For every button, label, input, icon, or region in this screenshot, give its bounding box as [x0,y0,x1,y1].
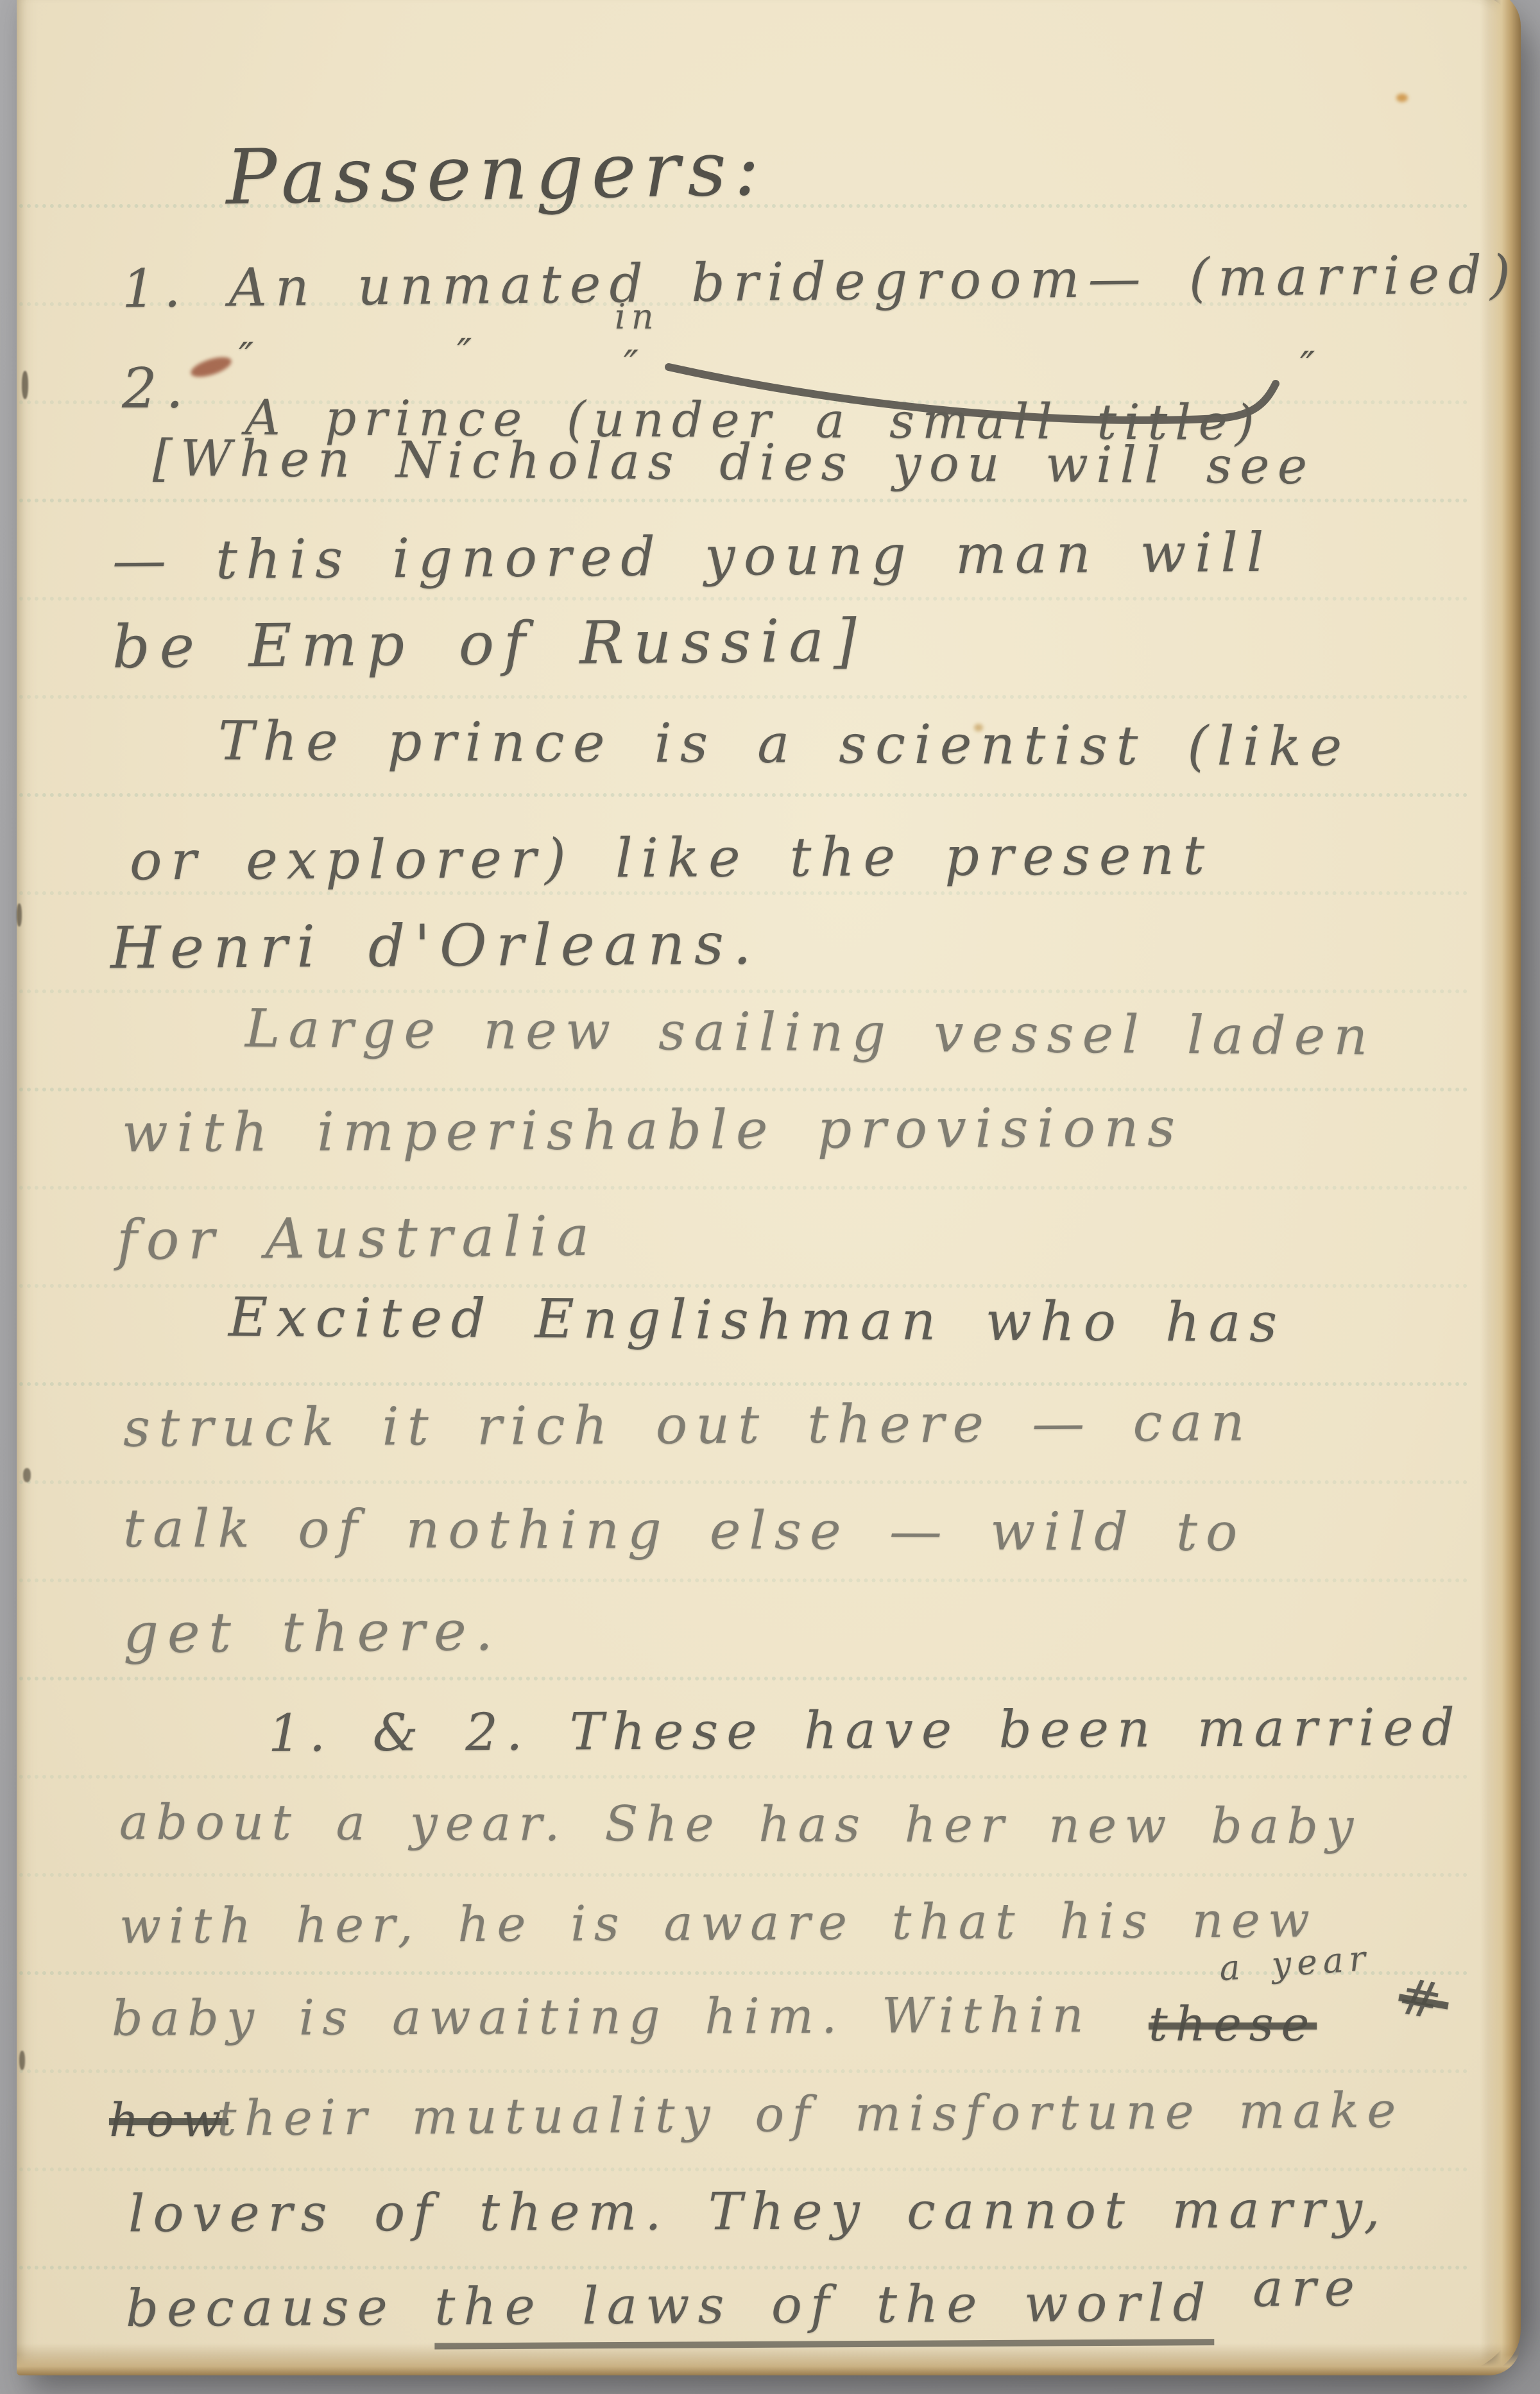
handwritten-line: be Emp of Russia] [112,606,866,681]
handwritten-line: 2. [122,357,193,421]
handwritten-line: 1. & 2. These have been married [268,1697,1463,1763]
handwritten-line: or explorer) like the present [130,824,1213,893]
paper-speck [22,371,28,399]
paper-speck [19,2051,25,2070]
handwritten-line: baby is awaiting him. Within [112,1986,1091,2046]
handwritten-line: get there. [123,1599,502,1666]
ditto-mark: ″ [1300,343,1321,389]
ruled-line [19,1382,1468,1386]
ruled-line [19,597,1468,601]
ruled-line [19,891,1468,895]
last-line-pre: because [126,2277,435,2339]
handwritten-line: because the laws of the world are [126,2272,1363,2338]
ditto-mark: ″ [457,330,478,377]
handwritten-line: struck it rich out there — can [123,1392,1253,1458]
handwritten-line: their mutuality of misfortune make [217,2082,1404,2147]
handwritten-line: — this ignored young man will [112,521,1273,592]
ruled-line [19,1186,1468,1190]
insertion-word-in: in [615,296,659,337]
paper-speck [23,1468,31,1482]
insertion-caret: ″ [624,341,645,388]
underlined-phrase: the laws of the world [434,2273,1214,2349]
ruled-line [19,2167,1468,2171]
stain-orange [1396,94,1408,102]
scanned-notebook-photo: { "document": { "kind": "handwritten pen… [0,0,1540,2394]
ruled-line [19,499,1468,502]
ruled-line [19,2069,1468,2073]
handwritten-line: for Australia [117,1204,599,1273]
ruled-line [19,989,1468,993]
handwritten-line: The prince is a scientist (like [218,709,1351,778]
struck-out-mark: # [1394,1967,1453,2033]
struck-out-word: how [109,2093,228,2147]
ditto-mark: ″ [239,334,260,380]
handwritten-line: Henri d'Orleans. [110,910,761,982]
handwritten-line: Large new sailing vessel laden [245,998,1376,1067]
ruled-line [19,695,1468,699]
last-line-post: are [1213,2258,1363,2318]
handwritten-line: [When Nicholas dies you will see [153,430,1315,496]
ruled-line [19,1873,1468,1877]
ruled-line [19,1578,1468,1582]
paper-speck [17,903,22,927]
handwritten-line: with her, he is aware that his new [119,1891,1318,1954]
ruled-line [19,1480,1468,1484]
ruled-line [19,1088,1468,1091]
handwritten-line: talk of nothing else — wild to [123,1498,1246,1563]
ruled-line [19,1677,1468,1680]
handwritten-line: lovers of them. They cannot marry, [128,2180,1389,2244]
ruled-line [19,793,1468,797]
struck-out-word: these [1149,1997,1317,2052]
ruled-line [19,1775,1468,1779]
handwritten-line: about a year. She has her new baby [119,1793,1362,1855]
handwritten-line: with imperishable provisions [122,1096,1184,1165]
page-heading: Passengers: [225,124,768,222]
handwritten-line: Excited Englishman who has [228,1286,1286,1355]
